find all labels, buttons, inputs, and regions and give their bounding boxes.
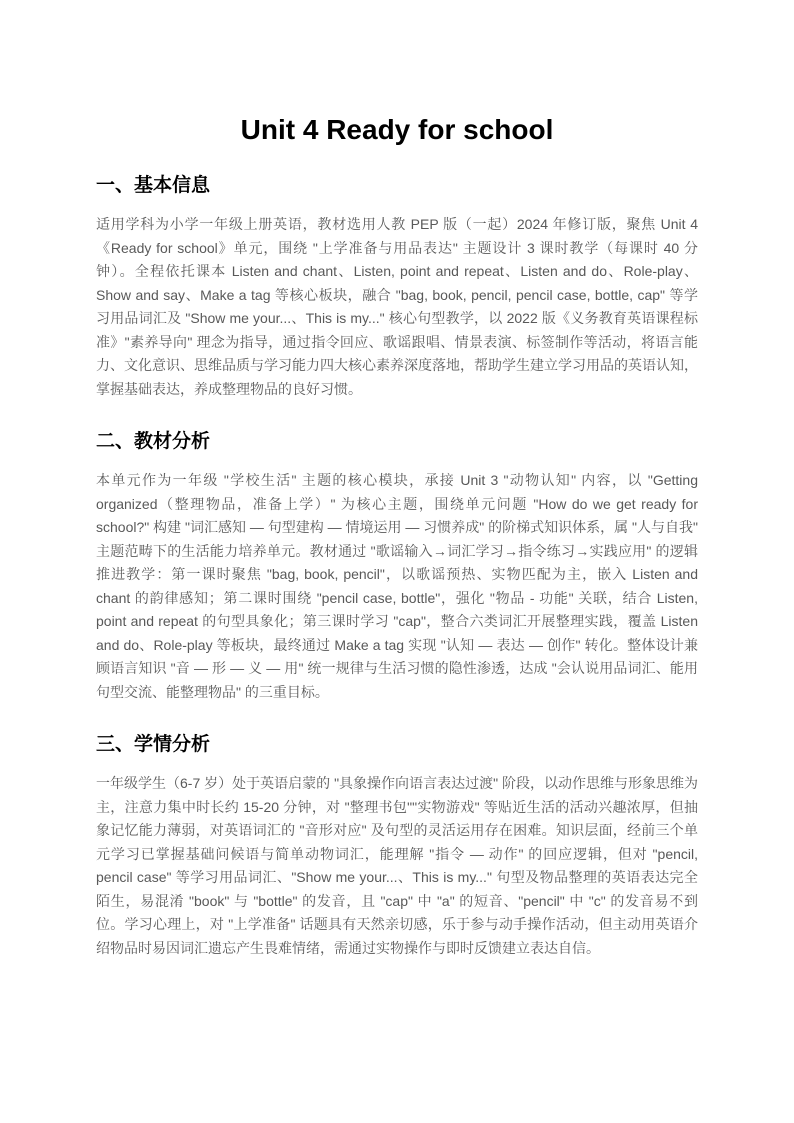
section-basic-info: 一、基本信息 适用学科为小学一年级上册英语，教材选用人教 PEP 版（一起）20…: [96, 172, 698, 401]
section-heading-basic-info: 一、基本信息: [96, 172, 698, 199]
section-textbook-analysis: 二、教材分析 本单元作为一年级 "学校生活" 主题的核心模块，承接 Unit 3…: [96, 428, 698, 704]
section-heading-textbook-analysis: 二、教材分析: [96, 428, 698, 455]
section-body-basic-info: 适用学科为小学一年级上册英语，教材选用人教 PEP 版（一起）2024 年修订版…: [96, 213, 698, 401]
section-body-textbook-analysis: 本单元作为一年级 "学校生活" 主题的核心模块，承接 Unit 3 "动物认知"…: [96, 469, 698, 704]
section-body-learner-analysis: 一年级学生（6-7 岁）处于英语启蒙的 "具象操作向语言表达过渡" 阶段，以动作…: [96, 772, 698, 960]
document-title: Unit 4 Ready for school: [96, 112, 698, 148]
section-learner-analysis: 三、学情分析 一年级学生（6-7 岁）处于英语启蒙的 "具象操作向语言表达过渡"…: [96, 731, 698, 960]
document-page: Unit 4 Ready for school 一、基本信息 适用学科为小学一年…: [0, 0, 794, 1123]
section-heading-learner-analysis: 三、学情分析: [96, 731, 698, 758]
